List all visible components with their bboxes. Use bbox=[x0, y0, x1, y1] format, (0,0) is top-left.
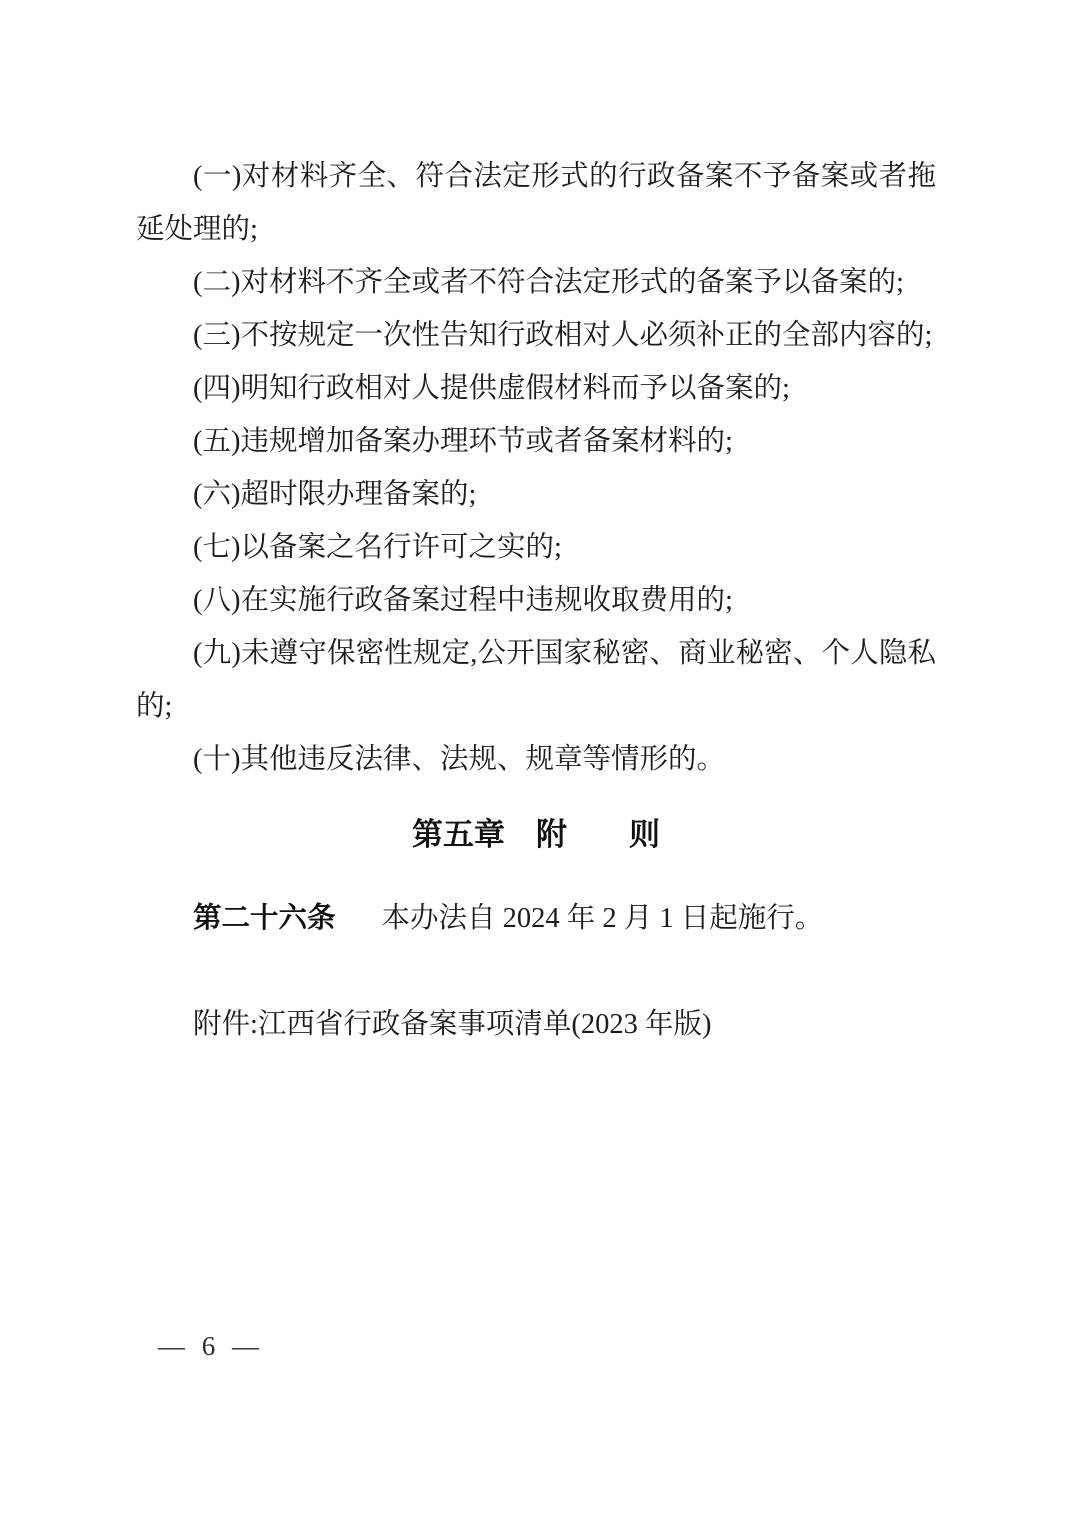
clause-paragraph-10: (十)其他违反法律、法规、规章等情形的。 bbox=[136, 733, 936, 786]
article-paragraph: 第二十六条本办法自 2024 年 2 月 1 日起施行。 bbox=[136, 892, 936, 945]
clause-paragraph-7: (七)以备案之名行许可之实的; bbox=[136, 521, 936, 574]
clause-paragraph-4: (四)明知行政相对人提供虚假材料而予以备案的; bbox=[136, 362, 936, 415]
clause-paragraph-9: (九)未遵守保密性规定,公开国家秘密、商业秘密、个人隐私的; bbox=[136, 627, 936, 733]
clause-paragraph-5: (五)违规增加备案办理环节或者备案材料的; bbox=[136, 415, 936, 468]
article-number: 第二十六条 bbox=[193, 902, 336, 934]
document-page: (一)对材料齐全、符合法定形式的行政备案不予备案或者拖延处理的; (二)对材料不… bbox=[136, 150, 936, 1051]
chapter-heading: 第五章 附 则 bbox=[136, 808, 936, 861]
article-text: 本办法自 2024 年 2 月 1 日起施行。 bbox=[382, 903, 824, 934]
clause-paragraph-8: (八)在实施行政备案过程中违规收取费用的; bbox=[136, 574, 936, 627]
page-number: — 6 — bbox=[158, 1326, 259, 1366]
attachment-line: 附件:江西省行政备案事项清单(2023 年版) bbox=[136, 998, 936, 1051]
clause-paragraph-1: (一)对材料齐全、符合法定形式的行政备案不予备案或者拖延处理的; bbox=[136, 150, 936, 256]
clause-paragraph-2: (二)对材料不齐全或者不符合法定形式的备案予以备案的; bbox=[136, 256, 936, 309]
clause-paragraph-6: (六)超时限办理备案的; bbox=[136, 468, 936, 521]
clause-paragraph-3: (三)不按规定一次性告知行政相对人必须补正的全部内容的; bbox=[136, 309, 936, 362]
